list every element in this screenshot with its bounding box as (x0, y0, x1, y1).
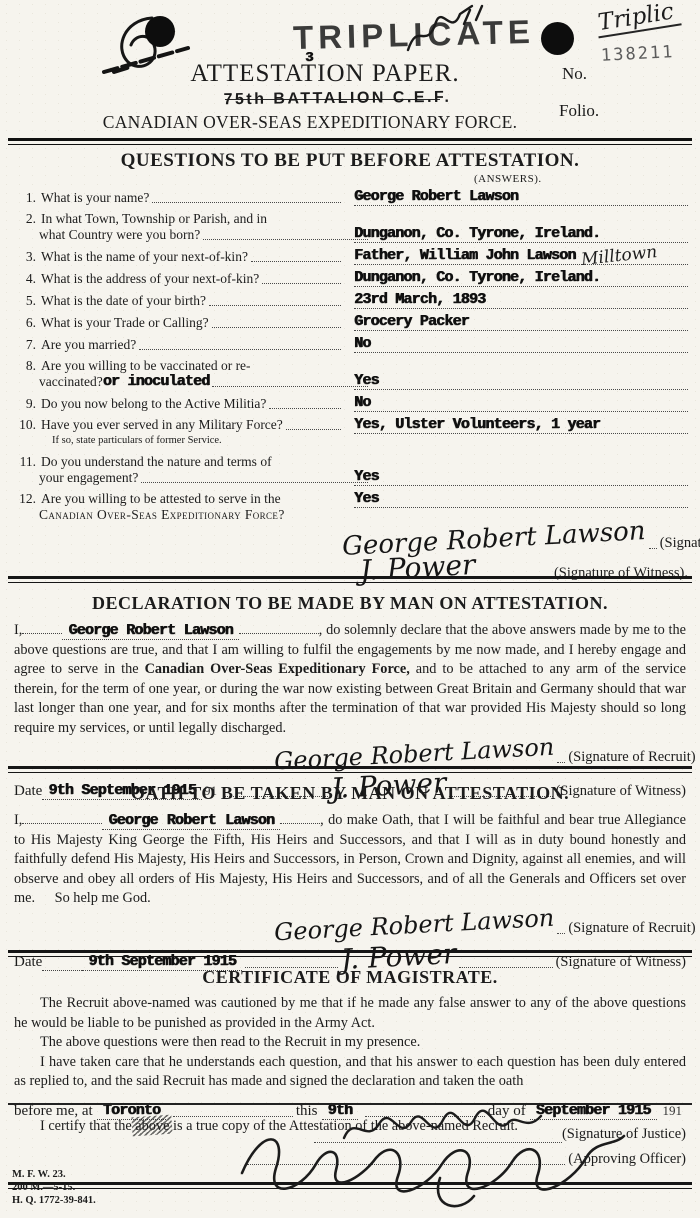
question-row-10: 10. Have you ever served in any Military… (12, 417, 688, 449)
intro-word: I, (14, 812, 22, 828)
question-number: 11. (12, 454, 41, 470)
question-text: your engagement? (39, 470, 138, 486)
question-row-8: 8. Are you willing to be vaccinated or r… (12, 358, 688, 390)
question-number: 1. (12, 190, 41, 206)
page-title: ATTESTATION PAPER. (155, 60, 495, 88)
question-number: 3. (12, 249, 41, 265)
dotted-leader (22, 810, 102, 824)
answer-value: Yes (354, 491, 379, 507)
answer-value: Dunganon, Co. Tyrone, Ireland. (354, 270, 600, 286)
battalion-stamp: 75th BATTALION C.E.F. (165, 88, 510, 110)
answer-line: Dunganon, Co. Tyrone, Ireland. (354, 270, 688, 287)
answer-line: No (354, 336, 688, 353)
question-number: 5. (12, 293, 41, 309)
question-text: vaccinated? (39, 374, 103, 390)
question-row-4: 4. What is the address of your next-of-k… (12, 270, 688, 287)
question-text: What is the address of your next-of-kin? (41, 271, 259, 287)
dotted-leader (203, 227, 368, 240)
question-row-9: 9. Do you now belong to the Active Milit… (12, 395, 688, 412)
question-text: What is the date of your birth? (41, 293, 206, 309)
oath-title: OATH TO BE TAKEN BY MAN ON ATTESTATION. (14, 783, 686, 804)
question-row-7: 7. Are you married? No (12, 336, 688, 353)
question-text: Do you understand the nature and terms o… (41, 454, 272, 470)
answer-value: George Robert Lawson (354, 189, 518, 205)
recruit-signature: George Robert Lawson (274, 905, 555, 944)
answer-value: Yes (354, 469, 379, 485)
recruit-name-typed: George Robert Lawson (62, 622, 238, 640)
dotted-leader (280, 810, 320, 824)
answer-line: Grocery Packer (354, 314, 688, 331)
approving-officer-signature-scrawl (230, 1118, 660, 1218)
questions-section: QUESTIONS TO BE PUT BEFORE ATTESTATION. … (12, 150, 688, 586)
question-number: 10. (12, 417, 41, 433)
typed-insert: or inoculated (103, 374, 210, 390)
answer-line: Yes (354, 491, 688, 508)
question-text: Are you willing to be vaccinated or re- (41, 358, 251, 374)
section-divider (8, 576, 692, 583)
dotted-leader (212, 374, 368, 387)
answer-line: 23rd March, 1893 (354, 292, 688, 309)
handwritten-overwrite-scribble (400, 2, 490, 62)
dotted-leader (286, 417, 341, 430)
answers-label: (ANSWERS). (474, 173, 688, 185)
signature-of-recruit-label: (Signature of Recruit) (568, 749, 695, 766)
intro-word: I, (14, 622, 22, 638)
dotted-leader (22, 620, 62, 634)
dotted-leader (649, 548, 657, 549)
answer-value: 23rd March, 1893 (354, 292, 485, 308)
question-text: Do you now belong to the Active Militia? (41, 396, 266, 412)
question-text: Are you married? (41, 337, 136, 353)
signature-of-man-label: (Signature of Man). (660, 535, 700, 552)
declaration-title: DECLARATION TO BE MADE BY MAN ON ATTESTA… (14, 593, 686, 614)
punch-hole-right (541, 22, 574, 55)
dotted-leader (239, 620, 319, 634)
so-help-me-god: So help me God. (55, 890, 151, 906)
question-row-5: 5. What is the date of your birth? 23rd … (12, 292, 688, 309)
dotted-leader (557, 762, 565, 763)
dotted-leader (269, 396, 341, 409)
dotted-leader (141, 470, 368, 483)
answer-value: Grocery Packer (354, 314, 469, 330)
question-text: What is your Trade or Calling? (41, 315, 209, 331)
answer-line: Yes, Ulster Volunteers, 1 year (354, 417, 688, 434)
dotted-leader (557, 933, 565, 934)
answer-line: No (354, 395, 688, 412)
question-text: Are you willing to be attested to serve … (41, 491, 281, 507)
magistrate-paragraph-3: I have taken care that he understands ea… (14, 1053, 686, 1092)
questions-title: QUESTIONS TO BE PUT BEFORE ATTESTATION. (12, 150, 688, 172)
form-ref-line: 200 M.—5-15. (12, 1181, 96, 1194)
question-text: What is your name? (41, 190, 149, 206)
form-ref-line: H. Q. 1772-39-841. (12, 1194, 96, 1207)
dotted-leader (209, 293, 341, 306)
force-name-bold: Canadian Over-Seas Expeditionary Force, (145, 661, 410, 677)
form-ref-line: M. F. W. 23. (12, 1168, 96, 1181)
dotted-leader (139, 337, 341, 350)
force-title-line: CANADIAN OVER-SEAS EXPEDITIONARY FORCE. (95, 112, 525, 133)
oath-section: OATH TO BE TAKEN BY MAN ON ATTESTATION. … (0, 766, 700, 971)
section-divider (8, 950, 692, 957)
corner-handwriting: Triplic (594, 0, 681, 38)
magistrate-paragraph-2: The above questions were then read to th… (14, 1033, 686, 1053)
header-divider (8, 138, 692, 145)
question-row-1: 1. What is your name? George Robert Laws… (12, 189, 688, 206)
question-note: If so, state particulars of former Servi… (12, 433, 344, 449)
scribbled-word: above (135, 1118, 169, 1134)
question-row-11: 11. Do you understand the nature and ter… (12, 454, 688, 486)
question-number: 7. (12, 337, 41, 353)
question-text: what Country were you born? (39, 227, 200, 243)
certify-text: I certify that the (40, 1118, 132, 1134)
oath-paragraph: I,George Robert Lawson, do make Oath, th… (14, 810, 686, 909)
section-divider (8, 766, 692, 773)
question-number: 8. (12, 358, 41, 374)
question-number: 2. (12, 211, 41, 227)
answer-value: No (354, 336, 370, 352)
question-text: What is the name of your next-of-kin? (41, 249, 248, 265)
answer-value: Father, William John Lawson (354, 248, 575, 264)
question-text: In what Town, Township or Parish, and in (41, 211, 267, 227)
signature-of-recruit-label: (Signature of Recruit) (568, 920, 695, 937)
answer-value: Dunganon, Co. Tyrone, Ireland. (354, 226, 600, 242)
dotted-leader (152, 190, 341, 203)
answer-value: Yes (354, 373, 379, 389)
question-row-6: 6. What is your Trade or Calling? Grocer… (12, 314, 688, 331)
question-number: 6. (12, 315, 41, 331)
folio-label: Folio. (559, 101, 599, 121)
answer-line: Yes (354, 373, 688, 390)
magistrate-paragraph-1: The Recruit above-named was cautioned by… (14, 994, 686, 1033)
dotted-leader (212, 315, 341, 328)
form-reference-numbers: M. F. W. 23. 200 M.—5-15. H. Q. 1772-39-… (12, 1168, 96, 1207)
answer-line: Dunganon, Co. Tyrone, Ireland. (354, 226, 688, 243)
question-text: Canadian Over-Seas Expeditionary Force? (39, 507, 285, 523)
recruit-signature-row: George Robert Lawson (Signature of Recru… (14, 913, 686, 937)
question-number: 4. (12, 271, 41, 287)
document-header: TRIPLICATE Triplic 138211 3 ATTESTATION … (0, 0, 700, 148)
magistrate-title: CERTIFICATE OF MAGISTRATE. (14, 967, 686, 988)
question-number: 12. (12, 491, 41, 507)
answer-value: Yes, Ulster Volunteers, 1 year (354, 417, 600, 433)
dotted-leader (251, 249, 341, 262)
question-row-2: 2. In what Town, Township or Parish, and… (12, 211, 688, 243)
answer-value: No (354, 395, 370, 411)
question-number: 9. (12, 396, 41, 412)
recruit-signature-row: George Robert Lawson (Signature of Recru… (14, 742, 686, 766)
recruit-name-typed: George Robert Lawson (102, 812, 280, 830)
declaration-paragraph: I,George Robert Lawson, do solemnly decl… (14, 620, 686, 738)
answer-line: Father, William John Lawson Milltown (354, 248, 688, 265)
dotted-leader (262, 271, 341, 284)
question-row-3: 3. What is the name of your next-of-kin?… (12, 248, 688, 265)
serial-number-stamp: 138211 (601, 42, 675, 66)
handwritten-annotation: Milltown (581, 244, 659, 268)
no-label: No. (562, 64, 587, 84)
attestation-paper-document: TRIPLICATE Triplic 138211 3 ATTESTATION … (0, 0, 700, 1218)
signature-of-man-row: George Robert Lawson (Signature of Man). (342, 526, 688, 552)
answer-line: Yes (354, 469, 688, 486)
answer-line: George Robert Lawson (354, 189, 688, 206)
question-text: Have you ever served in any Military For… (41, 417, 283, 433)
